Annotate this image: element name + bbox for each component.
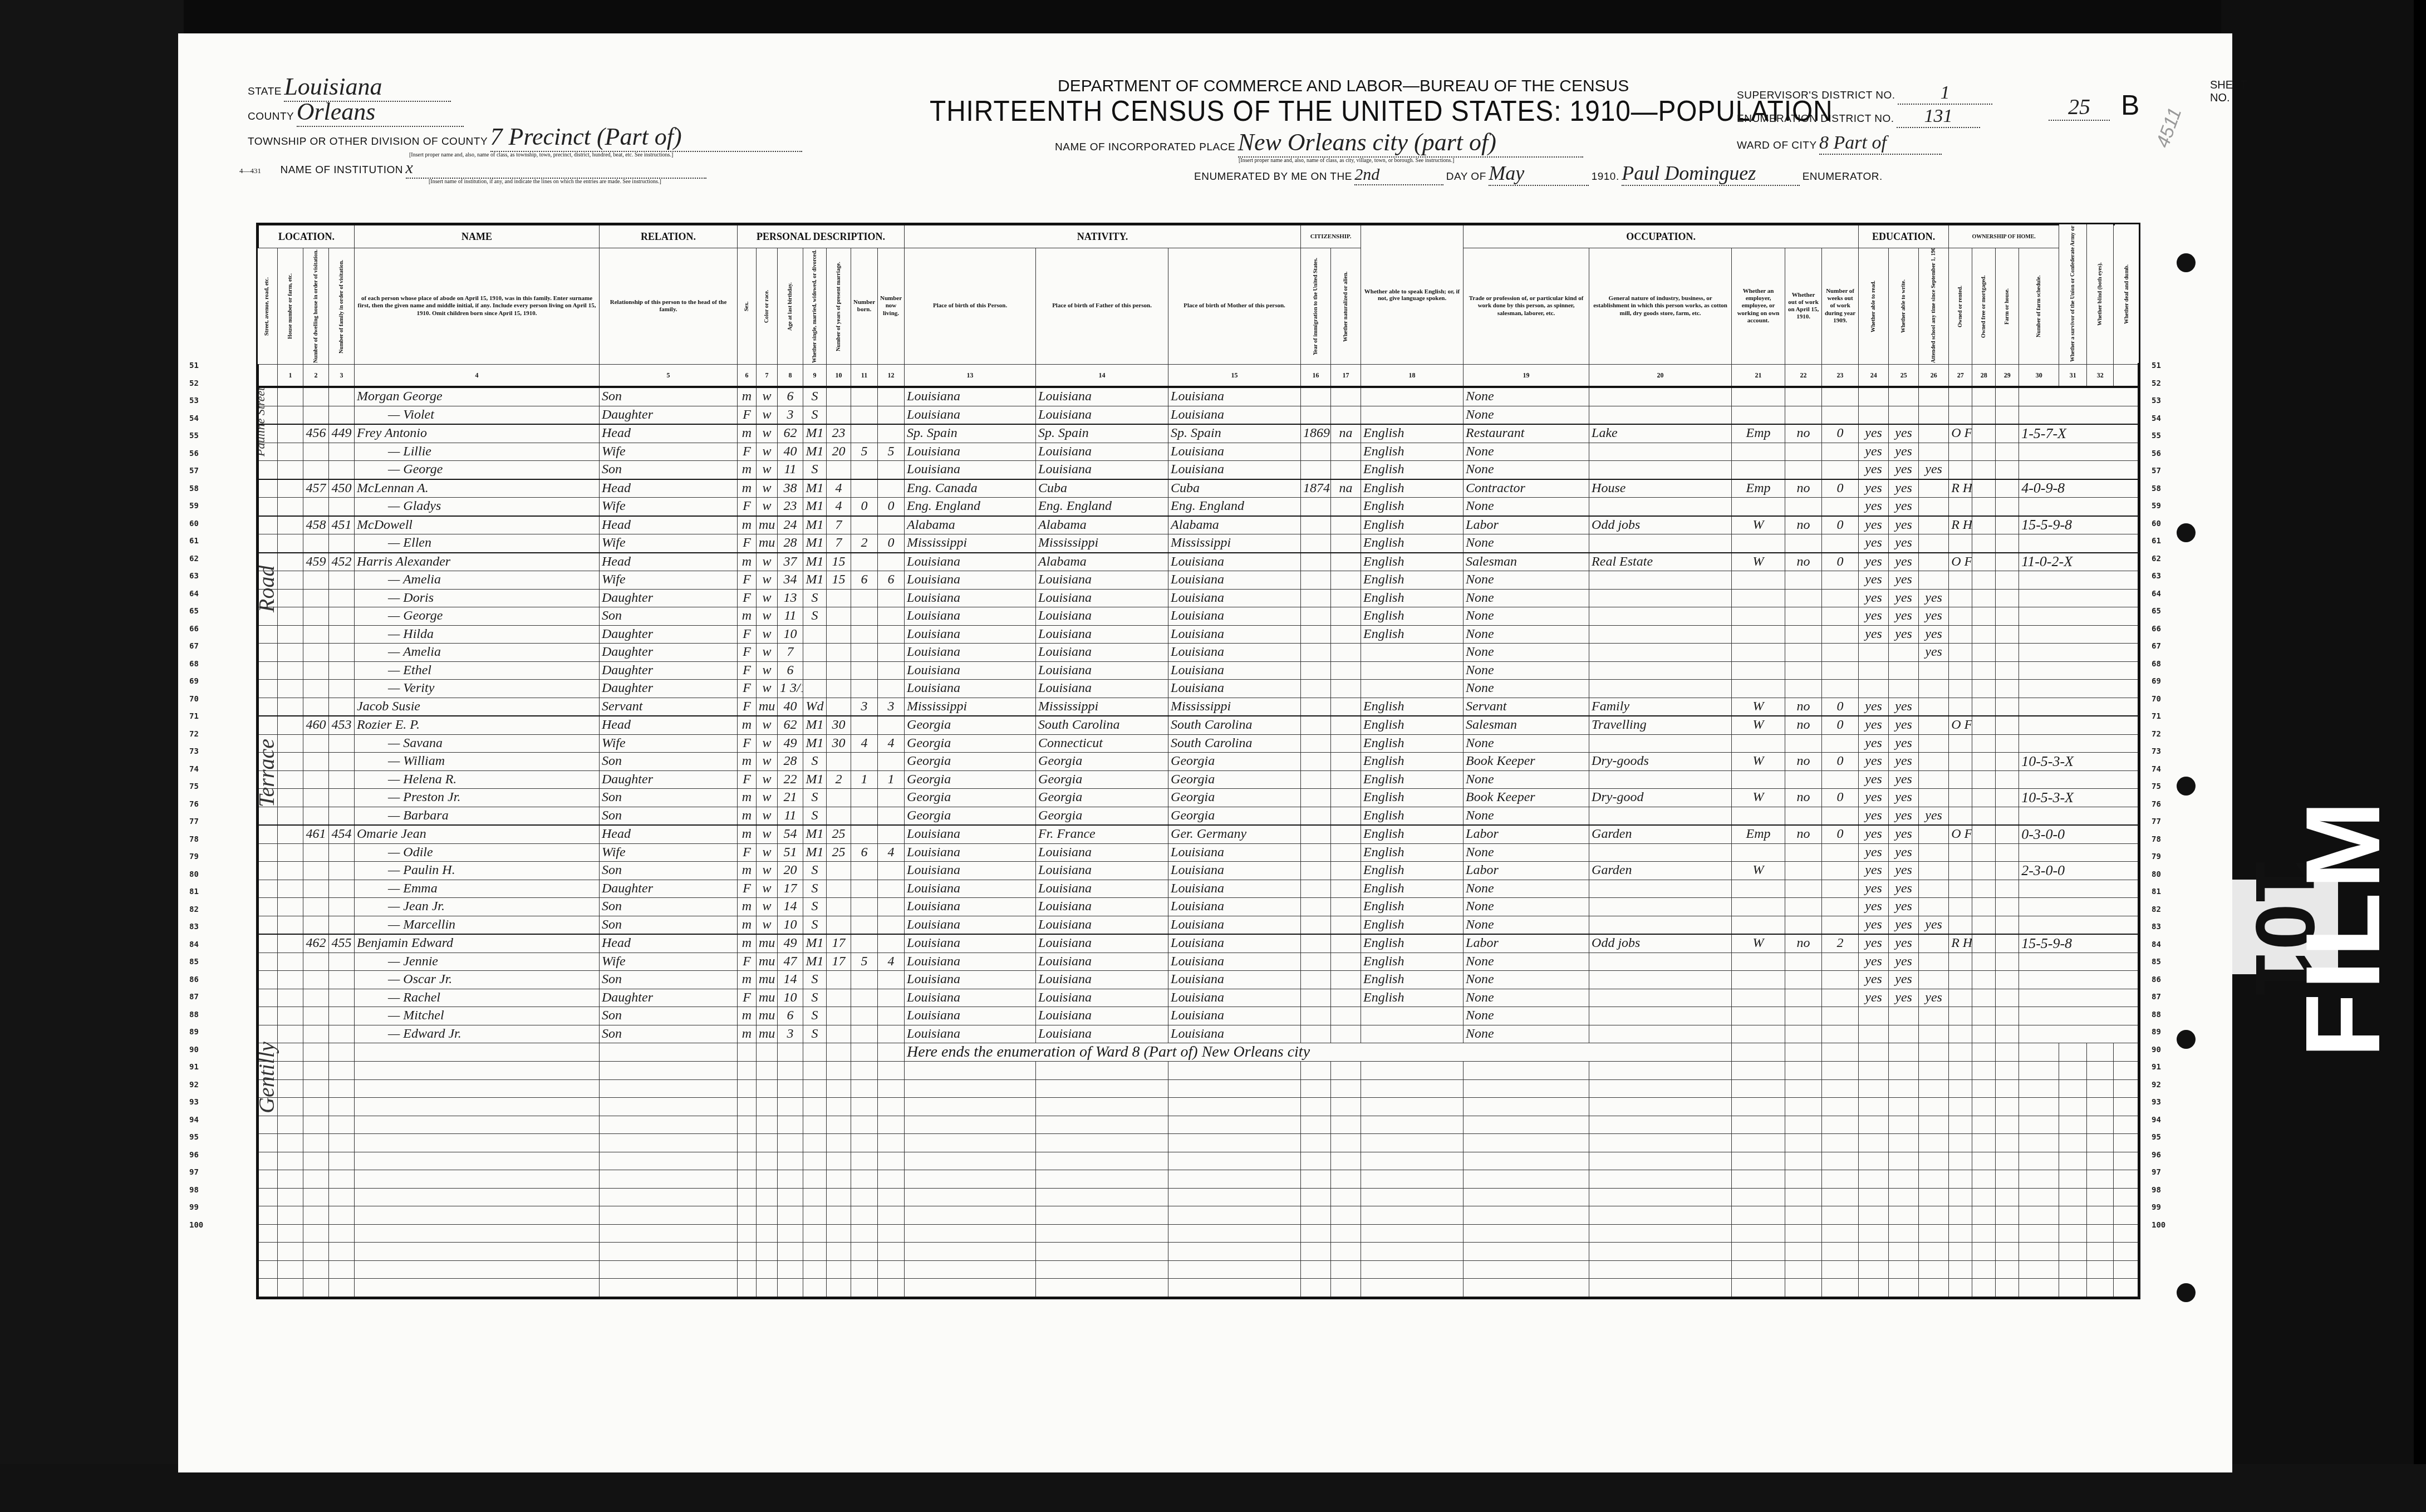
cell-empty [258,1170,278,1189]
cell-imm [1301,661,1331,680]
cell-empty [738,1188,757,1206]
cell-empty [1822,1206,1859,1225]
cell-fam [329,989,355,1007]
column-number: 20 [1589,365,1732,387]
cell-empty [2019,1098,2059,1116]
cell-ind [1589,644,1732,662]
cell-empty [1949,1134,1972,1152]
cell-mar: M1 [803,953,827,971]
cell-empty [1464,1224,1589,1243]
cell-rel: Servant [600,698,738,716]
cell-sch [1919,534,1949,553]
column-number: 5 [600,365,738,387]
cell-empty [1972,1007,1996,1025]
cell-empty [2087,1116,2114,1134]
table-row: 457450McLennan A.Headmw38M14Eng. CanadaC… [258,479,2139,498]
cell-empty [258,1206,278,1225]
cell-empty [2114,1279,2139,1298]
cell-born: 4 [851,734,878,753]
cell-ind [1589,443,1732,461]
cell-empty [1589,1206,1732,1225]
cell-empty [2059,1116,2087,1134]
cell-empty [1464,1279,1589,1298]
cell-empty [827,1188,851,1206]
cell-dw [303,770,329,789]
cell-wr: yes [1889,698,1919,716]
cell-age: 10 [778,625,803,644]
cell-yrs [827,789,851,807]
cell-bf: Louisiana [1036,1025,1168,1043]
census-title: THIRTEENTH CENSUS OF THE UNITED STATES: … [930,95,1833,128]
cell-nat [1331,680,1361,698]
cell-name: — Lillie [355,443,600,461]
cell-bf: Louisiana [1036,461,1168,479]
cell-empty [1168,1116,1301,1134]
cell-sch [1919,1007,1949,1025]
line-number: 66 [2152,621,2165,639]
cell-empty [258,443,278,461]
cell-bf: Sp. Spain [1036,424,1168,443]
cell-empty [1996,406,2019,424]
line-number: 54 [2152,410,2165,428]
cell-rd: yes [1859,461,1889,479]
cell-imm [1301,953,1331,971]
cell-empty [2059,1134,2087,1152]
cell-empty [1972,479,1996,498]
cell-ind [1589,953,1732,971]
col-family: Number of family in order of visitation. [329,248,355,365]
cell-tally [2019,387,2139,406]
cell-oow [1785,589,1822,607]
cell-ind: Lake [1589,424,1732,443]
cell-lang: English [1361,989,1464,1007]
cell-age: 22 [778,770,803,789]
col-farm: Farm or house. [1996,248,2019,365]
cell-trade: Book Keeper [1464,789,1589,807]
cell-liv: 1 [878,770,905,789]
col-dwelling: Number of dwelling house in order of vis… [303,248,329,365]
cell-empty [1464,1260,1589,1279]
column-number: 1 [278,365,303,387]
cell-empty [278,607,303,626]
cell-yrs [827,971,851,989]
cell-empty [258,644,278,662]
cell-name: — Violet [355,406,600,424]
cell-age: 38 [778,479,803,498]
cell-trade: None [1464,625,1589,644]
cell-empty [2019,1043,2059,1062]
cell-race: w [757,880,778,898]
cell-bf: Louisiana [1036,898,1168,916]
cell-fam [329,953,355,971]
cell-empty [355,1098,600,1116]
cell-race: w [757,843,778,862]
cell-sex: F [738,734,757,753]
cell-born [851,553,878,571]
cell-liv: 4 [878,953,905,971]
cell-empty [1361,1260,1464,1279]
col-schedule: Number of farm schedule. [2019,248,2059,365]
cell-tally: 4-0-9-8 [2019,479,2139,498]
cell-ind: Garden [1589,862,1732,880]
cell-liv [878,424,905,443]
cell-own: O F H [1949,825,1972,843]
cell-empty [778,1116,803,1134]
cell-bm: Cuba [1168,479,1301,498]
cell-bf: Mississippi [1036,534,1168,553]
cell-empty [778,1243,803,1261]
cell-own [1949,443,1972,461]
cell-trade: None [1464,498,1589,516]
cell-born [851,424,878,443]
cell-bp: Georgia [905,716,1036,734]
col-relation: Relationship of this person to the head … [600,248,738,365]
cell-empty [1996,807,2019,825]
cell-imm [1301,571,1331,590]
cell-bm: Louisiana [1168,916,1301,934]
table-row: — Helena R.DaughterFw22M1211GeorgiaGeorg… [258,770,2139,789]
cell-empty [278,807,303,825]
cell-dw [303,644,329,662]
cell-own [1949,698,1972,716]
cell-emp: W [1732,862,1785,880]
cell-empty [278,1206,303,1225]
line-number: 83 [189,919,203,936]
blank-row [258,1079,2139,1098]
cell-bf: Alabama [1036,553,1168,571]
cell-empty [738,1243,757,1261]
cell-empty [278,698,303,716]
column-number: 15 [1168,365,1301,387]
cell-wr: yes [1889,934,1919,953]
cell-empty [2019,1260,2059,1279]
cell-empty [1732,1134,1785,1152]
cell-wks [1822,734,1859,753]
column-number: 24 [1859,365,1889,387]
cell-lang: English [1361,971,1464,989]
cell-bm: Louisiana [1168,443,1301,461]
cell-empty [278,971,303,989]
cell-empty [1168,1224,1301,1243]
cell-bm: Mississippi [1168,698,1301,716]
cell-empty [1785,1062,1822,1080]
cell-rel: Daughter [600,644,738,662]
cell-empty [1889,1152,1919,1170]
cell-empty [1589,1170,1732,1189]
cell-ind [1589,461,1732,479]
cell-empty [778,1224,803,1243]
column-number: 8 [778,365,803,387]
cell-empty [355,1260,600,1279]
cell-sex: m [738,461,757,479]
cell-dw: 457 [303,479,329,498]
cell-empty [329,1279,355,1298]
cell-yrs: 25 [827,843,851,862]
cell-mar: S [803,461,827,479]
group-occupation: OCCUPATION. [1464,224,1859,248]
cell-liv [878,607,905,626]
cell-rel: Head [600,553,738,571]
cell-emp [1732,387,1785,406]
cell-mar [803,644,827,662]
table-row: — AmeliaWifeFw34M11566LouisianaLouisiana… [258,571,2139,590]
cell-empty [1996,625,2019,644]
cell-imm [1301,880,1331,898]
line-number: 76 [189,796,203,814]
cell-ind [1589,680,1732,698]
column-number: 11 [851,365,878,387]
cell-tally: 10-5-3-X [2019,789,2139,807]
cell-rd [1859,387,1889,406]
cell-lang [1361,387,1464,406]
col-years-married: Number of years of present marriage. [827,248,851,365]
cell-wr: yes [1889,553,1919,571]
cell-empty [2019,1116,2059,1134]
cell-empty [2059,1152,2087,1170]
line-number: 94 [2152,1112,2165,1130]
cell-empty [1732,1079,1785,1098]
cell-lang: English [1361,789,1464,807]
cell-bp: Louisiana [905,825,1036,843]
cell-rel: Head [600,424,738,443]
cell-oow [1785,862,1822,880]
cell-empty [1361,1188,1464,1206]
cell-empty [905,1260,1036,1279]
line-number: 65 [189,603,203,621]
cell-empty [827,1279,851,1298]
blank-row [258,1206,2139,1225]
cell-imm [1301,971,1331,989]
cell-name: — George [355,461,600,479]
cell-mar: M1 [803,516,827,534]
cell-trade: Labor [1464,862,1589,880]
cell-lang [1361,661,1464,680]
cell-wr: yes [1889,807,1919,825]
cell-rd: yes [1859,716,1889,734]
cell-empty [258,661,278,680]
cell-nat: na [1331,479,1361,498]
cell-bp: Louisiana [905,644,1036,662]
col-weeks-out: Number of weeks out of work during year … [1822,248,1859,365]
cell-mar: M1 [803,553,827,571]
cell-empty [2087,1062,2114,1080]
cell-empty [1331,1206,1361,1225]
cell-ind [1589,880,1732,898]
cell-wks: 0 [1822,753,1859,771]
cell-empty [1361,1116,1464,1134]
cell-fam [329,661,355,680]
cell-mar: S [803,989,827,1007]
cell-dw [303,843,329,862]
cell-age: 40 [778,698,803,716]
cell-ind [1589,387,1732,406]
cell-wr: yes [1889,916,1919,934]
cell-empty [1949,1206,1972,1225]
cell-liv [878,916,905,934]
cell-empty [258,862,278,880]
place-value: New Orleans city (part of) [1238,128,1583,158]
cell-mar [803,680,827,698]
cell-empty [1996,934,2019,953]
sheet-no-label: SHEET NO. [2210,79,2247,105]
cell-trade: None [1464,734,1589,753]
cell-empty [1036,1152,1168,1170]
cell-empty [278,825,303,843]
cell-empty [278,479,303,498]
cell-born [851,1025,878,1043]
line-number: 100 [2152,1217,2165,1235]
cell-empty [878,1098,905,1116]
cell-empty [1972,1152,1996,1170]
cell-empty [355,1224,600,1243]
cell-wks [1822,807,1859,825]
line-number: 97 [189,1164,203,1182]
film-edge [2414,0,2426,1512]
cell-empty [1168,1098,1301,1116]
cell-age: 49 [778,734,803,753]
cell-sex: m [738,1025,757,1043]
cell-empty [2019,1079,2059,1098]
cell-age: 34 [778,571,803,590]
cell-empty [827,1224,851,1243]
cell-liv [878,716,905,734]
cell-empty [1996,1098,2019,1116]
cell-empty [2087,1079,2114,1098]
cell-born [851,589,878,607]
line-number: 72 [189,726,203,744]
cell-empty [1949,1170,1972,1189]
cell-empty [878,1170,905,1189]
cell-fam: 452 [329,553,355,571]
cell-mar: Wd [803,698,827,716]
sheet-no-value: 25 [2049,94,2110,121]
cell-empty [1972,387,1996,406]
cell-trade: Book Keeper [1464,753,1589,771]
group-education: EDUCATION. [1859,224,1949,248]
cell-born [851,789,878,807]
cell-imm [1301,698,1331,716]
cell-empty [738,1260,757,1279]
cell-nat: na [1331,424,1361,443]
cell-empty [1464,1098,1589,1116]
cell-wks: 0 [1822,789,1859,807]
cell-empty [1919,1260,1949,1279]
cell-race: w [757,479,778,498]
cell-yrs [827,644,851,662]
cell-empty [1889,1079,1919,1098]
cell-empty [2019,1279,2059,1298]
cell-ind [1589,1007,1732,1025]
group-ownership: OWNERSHIP OF HOME. [1949,224,2059,248]
group-relation: RELATION. [600,224,738,248]
cell-fam [329,406,355,424]
line-number: 61 [2152,533,2165,551]
cell-race: w [757,443,778,461]
cell-sch [1919,424,1949,443]
line-number: 71 [2152,708,2165,726]
cell-ind [1589,971,1732,989]
cell-empty [738,1062,757,1080]
enumeration-value: 131 [1897,106,1980,128]
cell-wr: yes [1889,534,1919,553]
column-number-row: 1234567891011121314151617181920212223242… [258,365,2139,387]
cell-rel: Daughter [600,989,738,1007]
cell-trade: None [1464,807,1589,825]
cell-empty [258,406,278,424]
punch-hole [2177,1030,2196,1049]
cell-trade: None [1464,387,1589,406]
cell-empty [2087,1279,2114,1298]
cell-oow [1785,734,1822,753]
cell-empty [278,1224,303,1243]
cell-fam: 454 [329,825,355,843]
cell-empty [905,1079,1036,1098]
cell-empty [1732,1260,1785,1279]
cell-fam: 453 [329,716,355,734]
cell-empty [1889,1170,1919,1189]
cell-born [851,716,878,734]
table-row: — Oscar Jr.Sonmmu14SLouisianaLouisianaLo… [258,971,2139,989]
cell-empty [1972,1188,1996,1206]
cell-born [851,387,878,406]
cell-rd [1859,1007,1889,1025]
cell-ind [1589,534,1732,553]
line-number: 93 [2152,1094,2165,1112]
cell-empty [1919,1116,1949,1134]
cell-lang [1361,406,1464,424]
cell-ind [1589,989,1732,1007]
cell-empty [1996,734,2019,753]
corner-annotation: 4511 [2152,105,2187,150]
line-number: 90 [189,1042,203,1059]
cell-empty [1732,1116,1785,1134]
cell-lang: English [1361,862,1464,880]
cell-empty [1972,553,1996,571]
cell-oow [1785,971,1822,989]
cell-empty [778,1279,803,1298]
cell-empty [258,1007,278,1025]
cell-empty [2019,1206,2059,1225]
cell-emp [1732,770,1785,789]
line-number: 57 [189,463,203,480]
line-number: 57 [2152,463,2165,480]
line-number: 89 [2152,1024,2165,1042]
line-number: 78 [189,831,203,849]
cell-imm [1301,461,1331,479]
cell-fam: 455 [329,934,355,953]
cell-empty [803,1134,827,1152]
col-industry: General nature of industry, business, or… [1589,248,1732,365]
cell-yrs [827,625,851,644]
cell-bm: Louisiana [1168,843,1301,862]
cell-empty [878,1043,905,1062]
cell-empty [2114,1224,2139,1243]
cell-born: 0 [851,498,878,516]
cell-race: w [757,825,778,843]
cell-empty [1785,1152,1822,1170]
col-write: Whether able to write. [1889,248,1919,365]
cell-age: 28 [778,753,803,771]
cell-empty [1889,1116,1919,1134]
cell-oow [1785,625,1822,644]
cell-name: Omarie Jean [355,825,600,843]
cell-born [851,916,878,934]
cell-rel: Wife [600,843,738,862]
cell-empty [1331,1098,1361,1116]
line-number: 99 [189,1199,203,1217]
cell-wks [1822,916,1859,934]
cell-empty [2059,1279,2087,1298]
